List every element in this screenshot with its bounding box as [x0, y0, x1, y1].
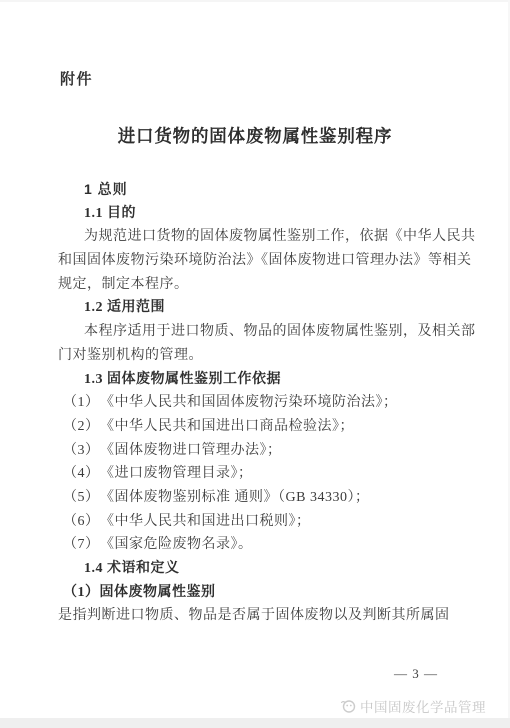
paragraph-line: 门对鉴别机构的管理。 [58, 344, 474, 368]
watermark-text: 中国固废化学品管理 [360, 696, 486, 716]
reference-list-item: （4） 《进口废物管理目录》； [58, 462, 474, 486]
attachment-label: 附件 [60, 68, 93, 89]
section-heading: 1.2 适用范围 [58, 296, 474, 320]
document-body: 1 总则1.1 目的为规范进口货物的固体废物属性鉴别工作，依据《中华人民共和国固… [58, 178, 474, 628]
watermark: 中国固废化学品管理 [340, 696, 486, 716]
paragraph-line: 本程序适用于进口物质、物品的固体废物属性鉴别，及相关部 [58, 320, 474, 344]
paragraph-line: 为规范进口货物的固体废物属性鉴别工作，依据《中华人民共 [58, 225, 474, 249]
reference-list-item: （1） 《中华人民共和国固体废物污染环境防治法》； [58, 391, 474, 415]
watermark-logo-icon [340, 698, 356, 714]
page-top-edge [0, 0, 510, 2]
document-title: 进口货物的固体废物属性鉴别程序 [0, 123, 510, 148]
section-heading: 1 总则 [58, 178, 474, 202]
section-heading: 1.1 目的 [58, 202, 474, 226]
paragraph-line: 是指判断进口物质、物品是否属于固体废物以及判断其所属固 [58, 604, 474, 628]
reference-list-item: （7） 《国家危险废物名录》。 [58, 533, 474, 557]
reference-list-item: （6） 《中华人民共和国进出口税则》； [58, 510, 474, 534]
section-heading: 1.3 固体废物属性鉴别工作依据 [58, 368, 474, 392]
sub-heading: （1）固体废物属性鉴别 [58, 581, 474, 605]
reference-list-item: （2） 《中华人民共和国进出口商品检验法》； [58, 415, 474, 439]
reference-list-item: （5） 《固体废物鉴别标准 通则》（GB 34330）； [58, 486, 474, 510]
reference-list-item: （3） 《固体废物进口管理办法》； [58, 439, 474, 463]
page-number: — 3 — [394, 666, 438, 682]
paragraph-line: 规定，制定本程序。 [58, 273, 474, 297]
paragraph-line: 和国固体废物污染环境防治法》《固体废物进口管理办法》等相关 [58, 249, 474, 273]
section-heading: 1.4 术语和定义 [58, 557, 474, 581]
page-bottom-strip [0, 718, 510, 728]
